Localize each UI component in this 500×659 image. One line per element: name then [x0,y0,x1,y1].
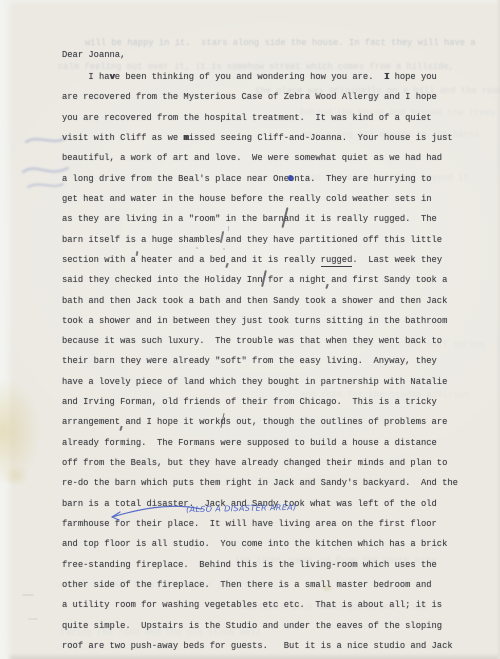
underlined-word: rugged [321,255,353,267]
line-text: arrangement and I hope it work [62,417,220,427]
line-text: e been thinking of you and wondering how… [115,72,384,82]
letter-line: visit with Cliff as we missed seeing Cli… [62,133,453,144]
letter-line: beautiful, a work of art and love. We we… [62,153,442,164]
letter-line: a long drive from the Beal's place near … [62,174,432,185]
blue-dot-mark [223,248,225,250]
line-text: because it was such luxury. The trouble … [62,336,442,346]
letter-line: said they checked into the Holiday Inn f… [62,275,447,286]
blue-tick-mark [228,226,229,231]
line-text: hope you [389,72,437,82]
letter-line: because it was such luxury. The trouble … [62,336,442,347]
letter-line: are recovered from the Mysterious Case o… [62,92,437,103]
line-text: re-do the barn which puts them right in … [62,478,458,488]
line-text: and Irving Forman, old friends of their … [62,397,437,407]
line-text: other side of the fireplace. Then there … [62,580,432,590]
bleedthrough-line: will be happy in it. stars along side th… [85,38,476,49]
letter-line: get heat and water in the house before t… [62,194,432,205]
line-text: free-standing fireplace. Behind this is … [62,560,437,570]
letter-line: you are recovered from the hospital trea… [62,113,432,124]
letter-line: and Irving Forman, old friends of their … [62,397,437,408]
pencil-dash-mark [28,618,38,620]
line-text: took a shower and in between they just t… [62,316,447,326]
letter-line: bath and then Jack took a bath and then … [62,296,447,307]
blue-ink-correction-oneonta [288,175,293,181]
line-text: a long drive from the Beal's place near … [62,174,432,184]
letter-page: will be happy in it. stars along side th… [0,0,500,659]
pencil-dash-mark [22,594,34,596]
letter-line: quite simple. Upstairs is the Studio and… [62,621,442,632]
line-text: I ha [62,72,110,82]
line-text: and top floor is all studio. You come in… [62,539,447,549]
line-text: said they checked into the Holiday Inn f… [62,275,447,285]
letter-line: barn itself is a huge shambles and they … [62,235,442,246]
letter-line: have a lovely piece of land which they b… [62,377,447,388]
line-text: their barn they were already "soft" from… [62,356,437,366]
letter-line: section with a heater and a bed and it i… [62,255,442,266]
line-text: roof are two push-away beds for guests. … [62,641,453,651]
line-text: visit with Cliff as we [62,133,183,143]
letter-line: their barn they were already "soft" from… [62,356,437,367]
letter-line: re-do the barn which puts them right in … [62,478,458,489]
line-text: already forming. The Formans were suppos… [62,438,437,448]
salutation: Dear Joanna, [62,50,125,61]
letter-line: took a shower and in between they just t… [62,316,447,327]
line-text: you are recovered from the hospital trea… [62,113,432,123]
line-text: quite simple. Upstairs is the Studio and… [62,621,442,631]
line-text: get heat and water in the house before t… [62,194,432,204]
line-text: a utility room for washing vegetables et… [62,600,442,610]
line-text: beautiful, a work of art and love. We we… [62,153,442,163]
line-text: d [220,417,225,427]
letter-line: and top floor is all studio. You come in… [62,539,447,550]
letter-line: roof are two push-away beds for guests. … [62,641,453,652]
line-text: barn itself is a huge shambles and they … [62,235,442,245]
line-text: bath and then Jack took a bath and then … [62,296,447,306]
line-text: are recovered from the Mysterious Case o… [62,92,437,102]
letter-line: a utility room for washing vegetables et… [62,600,442,611]
letter-line: already forming. The Formans were suppos… [62,438,437,449]
letter-line: I have been thinking of you and wonderin… [62,72,437,83]
letter-line: off from the Beals, but they have alread… [62,458,447,469]
blue-dot-mark [196,247,198,249]
line-text: . Last week they [352,255,442,265]
letter-line: as they are living in a "room" in the ba… [62,214,437,225]
letter-line: free-standing fireplace. Behind this is … [62,560,437,571]
line-text: s out, though the outlines of problems a… [226,417,448,427]
annotation-arrow-icon [104,503,204,525]
pen-comma-arrangement [119,426,123,431]
pen-comma-night [325,284,329,289]
line-text: off from the Beals, but they have alread… [62,458,447,468]
line-text: as they are living in a "room" in the ba… [62,214,437,224]
line-text: section with a heater and a bed and it i… [62,255,321,265]
line-text: have a lovely piece of land which they b… [62,377,447,387]
letter-line: other side of the fireplace. Then there … [62,580,432,591]
line-text: issed seeing Cliff-and-Joanna. Your hous… [189,133,453,143]
